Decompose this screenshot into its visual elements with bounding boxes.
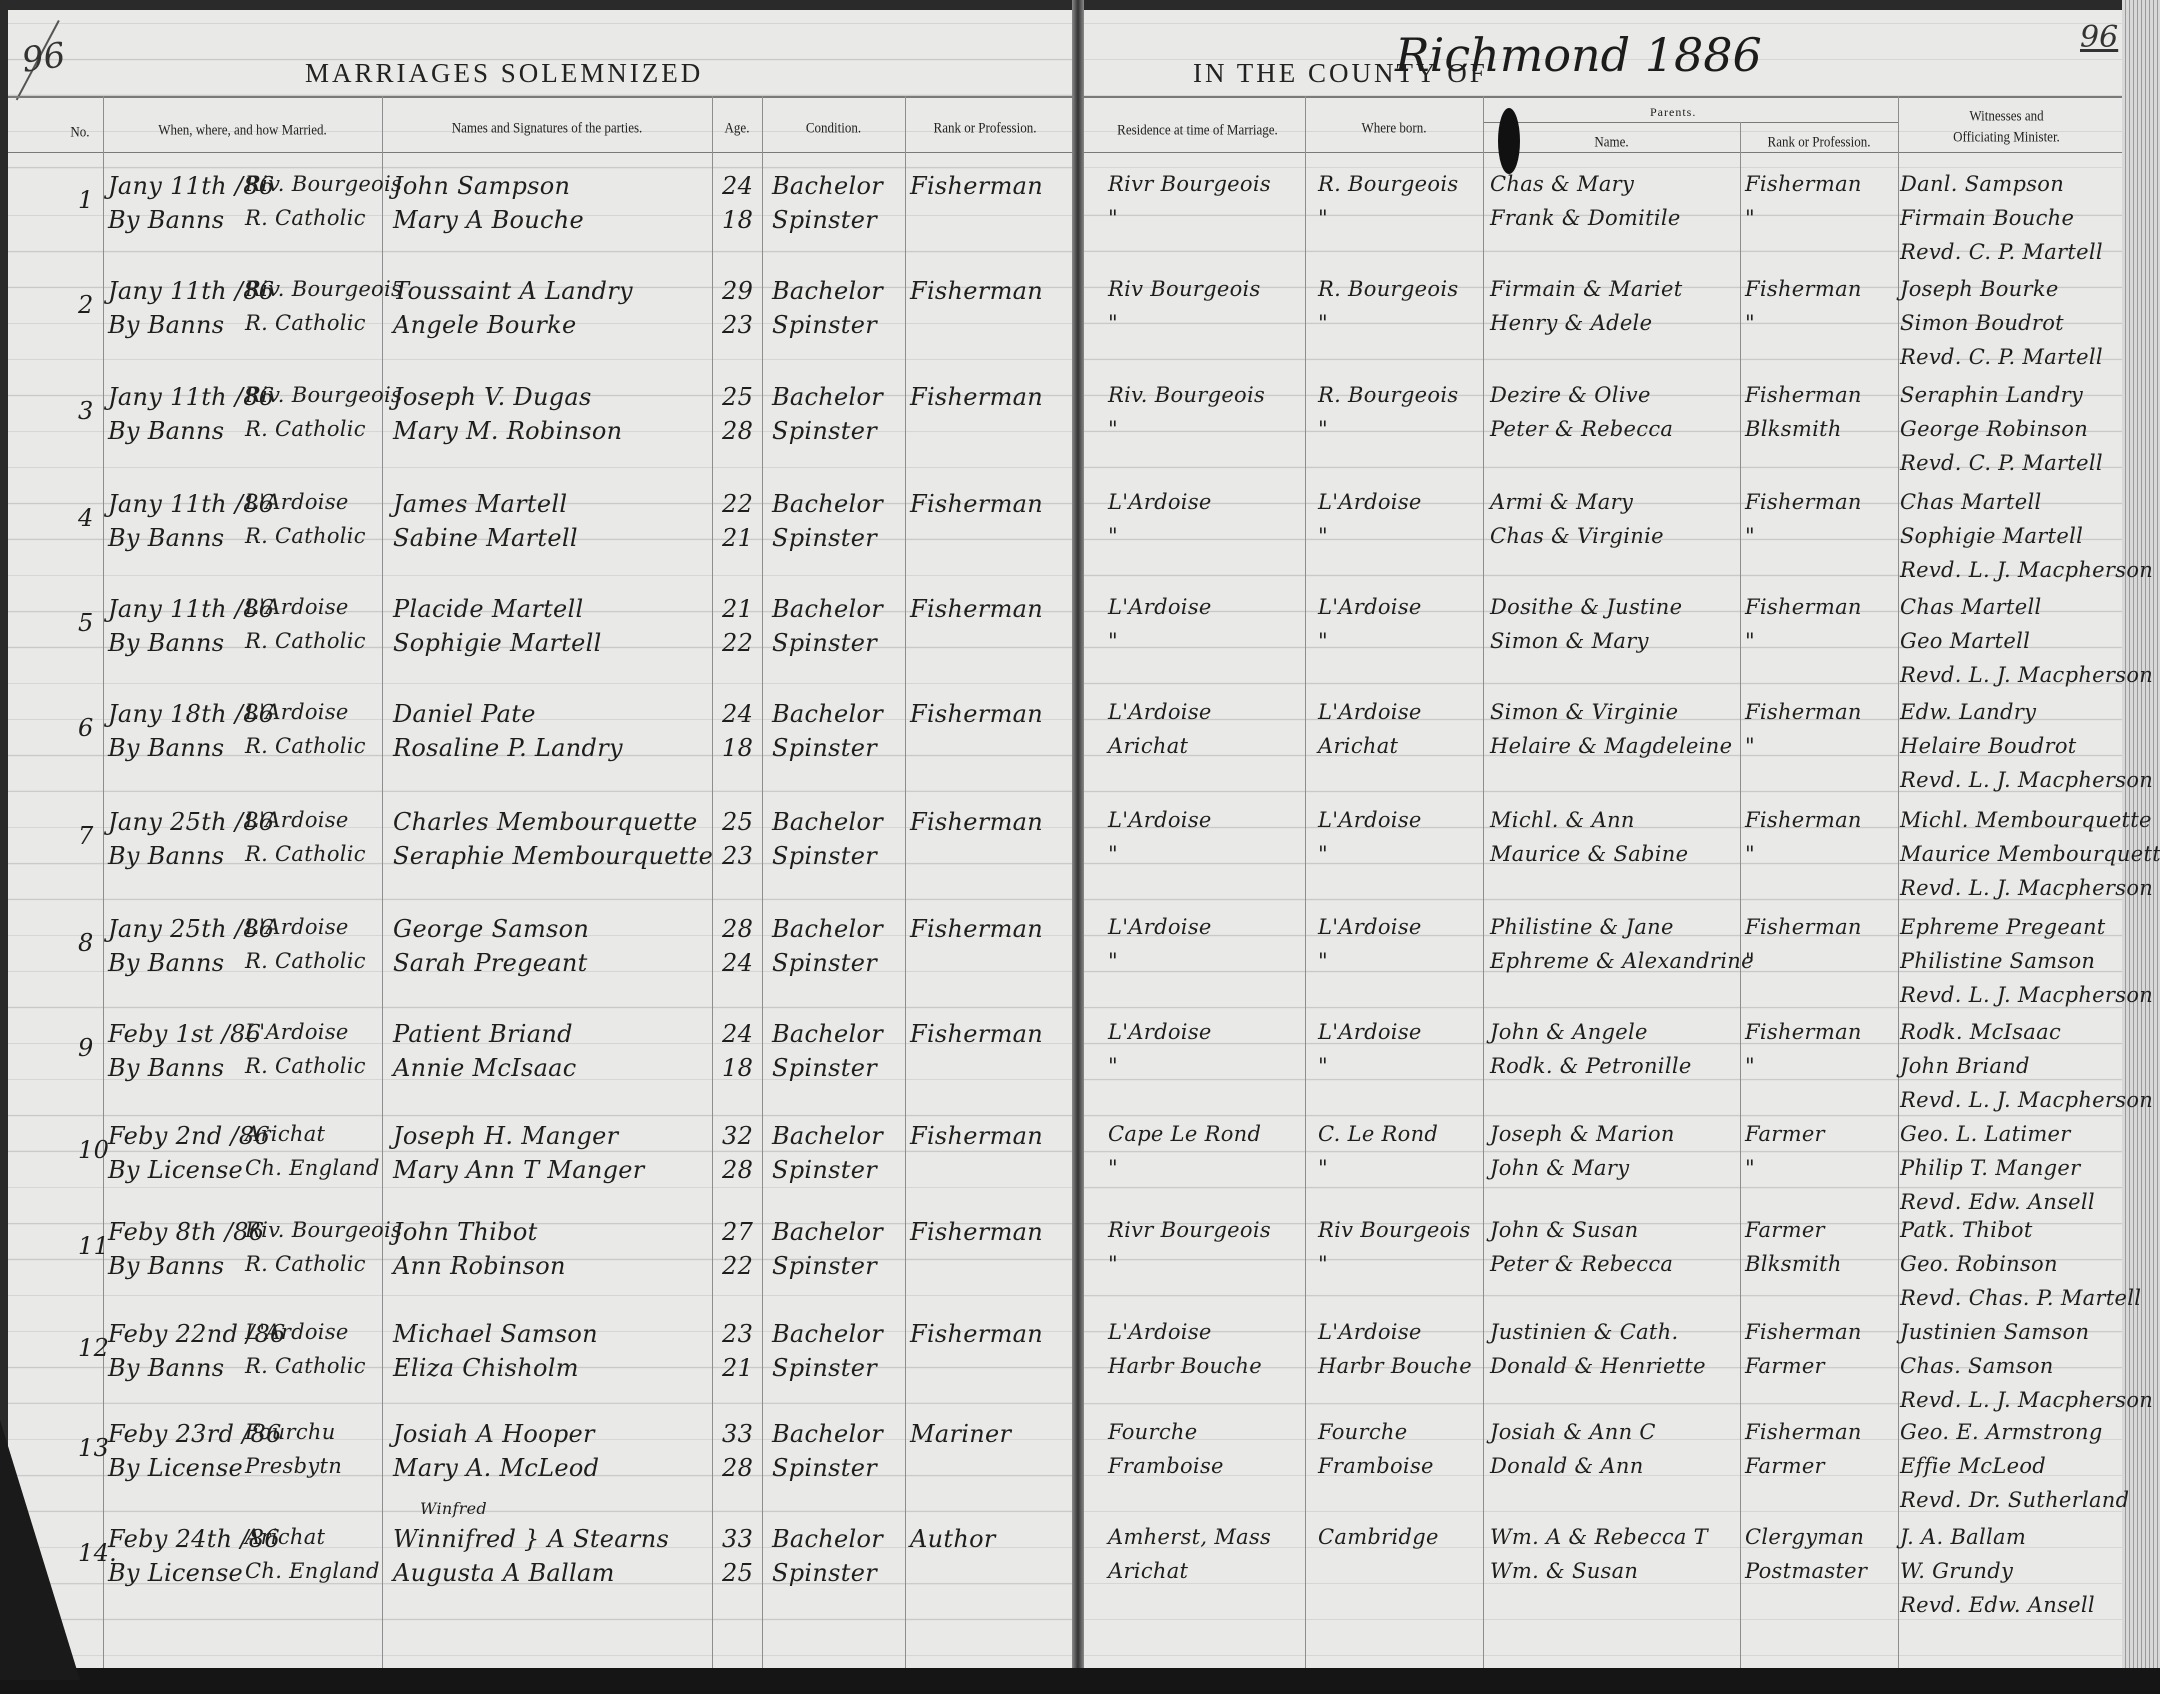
- entry-bride-condition: Spinster: [772, 206, 877, 234]
- entry-bride-parents-rank: ": [1745, 629, 1755, 653]
- entry-how: By Banns: [108, 524, 224, 552]
- entry-groom-age: 23: [722, 1320, 753, 1348]
- entry-bride-birthplace: ": [1318, 311, 1328, 335]
- entry-place: Arichat: [245, 1525, 325, 1549]
- entry-groom-parents: John & Susan: [1490, 1218, 1639, 1242]
- entry-groom-residence: Rivr Bourgeois: [1108, 1218, 1271, 1242]
- entry-groom-name: Joseph V. Dugas: [393, 383, 592, 411]
- entry-bride-age: 28: [722, 1454, 753, 1482]
- entry-groom-birthplace: Riv Bourgeois: [1318, 1218, 1471, 1242]
- entry-groom-condition: Bachelor: [772, 915, 883, 943]
- entry-bride-name: Ann Robinson: [393, 1252, 566, 1280]
- entry-denomination: Presbytn: [245, 1454, 342, 1478]
- entry-groom-parents-rank: Fisherman: [1745, 383, 1862, 407]
- entry-witness-1: Geo. L. Latimer: [1900, 1122, 2071, 1146]
- entry-bride-name: Annie McIsaac: [393, 1054, 577, 1082]
- entry-denomination: R. Catholic: [245, 311, 366, 335]
- entry-groom-age: 29: [722, 277, 753, 305]
- entry-bride-birthplace: ": [1318, 629, 1328, 653]
- entry-bride-residence: ": [1108, 1156, 1118, 1180]
- entry-groom-birthplace: L'Ardoise: [1318, 1320, 1422, 1344]
- entry-denomination: R. Catholic: [245, 206, 366, 230]
- column-rule: [1740, 122, 1741, 1668]
- entry-witness-2: Simon Boudrot: [1900, 311, 2064, 335]
- entry-bride-parents: John & Mary: [1490, 1156, 1629, 1180]
- entry-minister: Revd. L. J. Macpherson: [1900, 1088, 2153, 1112]
- entry-witness-2: W. Grundy: [1900, 1559, 2013, 1583]
- entry-minister: Revd. L. J. Macpherson: [1900, 558, 2153, 582]
- entry-groom-parents-rank: Fisherman: [1745, 915, 1862, 939]
- entry-bride-birthplace: ": [1318, 842, 1328, 866]
- entry-groom-parents: John & Angele: [1490, 1020, 1648, 1044]
- entry-groom-condition: Bachelor: [772, 1525, 883, 1553]
- entry-profession: Fisherman: [910, 700, 1043, 728]
- entry-place: Riv. Bourgeois: [245, 1218, 402, 1242]
- entry-witness-2: Helaire Boudrot: [1900, 734, 2077, 758]
- header-bottom-rule: [8, 152, 1074, 153]
- entry-groom-parents-rank: Farmer: [1745, 1218, 1825, 1242]
- entry-bride-condition: Spinster: [772, 1454, 877, 1482]
- entry-number: 10: [78, 1136, 109, 1164]
- entry-bride-name: Sabine Martell: [393, 524, 578, 552]
- entry-bride-condition: Spinster: [772, 949, 877, 977]
- entry-witness-2: Firmain Bouche: [1900, 206, 2074, 230]
- entry-minister: Revd. Dr. Sutherland: [1900, 1488, 2129, 1512]
- entry-groom-parents-rank: Clergyman: [1745, 1525, 1864, 1549]
- entry-groom-parents: Philistine & Jane: [1490, 915, 1674, 939]
- entry-groom-condition: Bachelor: [772, 1020, 883, 1048]
- entry-denomination: R. Catholic: [245, 1252, 366, 1276]
- entry-bride-name: Eliza Chisholm: [393, 1354, 579, 1382]
- column-rule: [382, 96, 383, 1668]
- column-rule: [762, 96, 763, 1668]
- entry-bride-name: Mary A Bouche: [393, 206, 584, 234]
- entry-profession: Fisherman: [910, 1020, 1043, 1048]
- entry-number: 13: [78, 1434, 109, 1462]
- entry-groom-age: 25: [722, 808, 753, 836]
- entry-bride-parents: Donald & Henriette: [1490, 1354, 1706, 1378]
- entry-number: 5: [78, 609, 94, 637]
- entry-groom-birthplace: R. Bourgeois: [1318, 172, 1458, 196]
- entry-bride-residence: Arichat: [1108, 734, 1188, 758]
- col-header-minister: Officiating Minister.: [1898, 128, 2115, 146]
- left-page-title: MARRIAGES SOLEMNIZED: [305, 58, 703, 89]
- entry-groom-parents-rank: Fisherman: [1745, 277, 1862, 301]
- column-rule: [103, 96, 104, 1668]
- entry-witness-1: Justinien Samson: [1900, 1320, 2089, 1344]
- entry-how: By Banns: [108, 629, 224, 657]
- col-header-no: No.: [60, 123, 100, 141]
- entry-bride-condition: Spinster: [772, 1054, 877, 1082]
- entry-groom-age: 22: [722, 490, 753, 518]
- entry-bride-age: 22: [722, 1252, 753, 1280]
- entry-denomination: Ch. England: [245, 1156, 380, 1180]
- entry-groom-condition: Bachelor: [772, 1320, 883, 1348]
- entry-bride-name: Rosaline P. Landry: [393, 734, 623, 762]
- entry-bride-age: 22: [722, 629, 753, 657]
- entry-denomination: R. Catholic: [245, 842, 366, 866]
- entry-profession: Fisherman: [910, 1218, 1043, 1246]
- entry-bride-parents-rank: ": [1745, 1156, 1755, 1180]
- entry-bride-parents-rank: Farmer: [1745, 1454, 1825, 1478]
- entry-date: Feby 1st /86: [108, 1020, 261, 1048]
- entry-groom-name: Patient Briand: [393, 1020, 573, 1048]
- entry-bride-parents: Wm. & Susan: [1490, 1559, 1638, 1583]
- entry-profession: Author: [910, 1525, 996, 1553]
- entry-bride-birthplace: Framboise: [1318, 1454, 1434, 1478]
- entry-groom-condition: Bachelor: [772, 1420, 883, 1448]
- entry-groom-name: Josiah A Hooper: [393, 1420, 595, 1448]
- col-header-parents: Parents.: [1650, 105, 1696, 120]
- entry-bride-birthplace: ": [1318, 1054, 1328, 1078]
- entry-witness-1: Rodk. McIsaac: [1900, 1020, 2061, 1044]
- entry-profession: Fisherman: [910, 808, 1043, 836]
- entry-groom-condition: Bachelor: [772, 172, 883, 200]
- curled-corner-shadow: [0, 1420, 80, 1680]
- entry-witness-1: Geo. E. Armstrong: [1900, 1420, 2103, 1444]
- entry-profession: Fisherman: [910, 277, 1043, 305]
- entry-groom-parents: Simon & Virginie: [1490, 700, 1678, 724]
- entry-minister: Revd. C. P. Martell: [1900, 451, 2103, 475]
- entry-place: Arichat: [245, 1122, 325, 1146]
- entry-place: Fourchu: [245, 1420, 336, 1444]
- col-header-parents-rank: Rank or Profession.: [1740, 133, 1898, 151]
- entry-place: Riv. Bourgeois: [245, 383, 402, 407]
- entry-bride-parents: Frank & Domitile: [1490, 206, 1681, 230]
- entry-bride-parents-rank: Postmaster: [1745, 1559, 1867, 1583]
- entry-groom-name: Charles Membourquette: [393, 808, 698, 836]
- entry-denomination: R. Catholic: [245, 524, 366, 548]
- entry-groom-residence: L'Ardoise: [1108, 1020, 1212, 1044]
- entry-groom-birthplace: R. Bourgeois: [1318, 277, 1458, 301]
- col-header-names: Names and Signatures of the parties.: [382, 119, 712, 137]
- entry-groom-age: 25: [722, 383, 753, 411]
- entry-groom-name: Placide Martell: [393, 595, 584, 623]
- entry-groom-name: George Samson: [393, 915, 589, 943]
- entry-bride-parents-rank: ": [1745, 949, 1755, 973]
- entry-bride-parents-rank: ": [1745, 842, 1755, 866]
- entry-number: 2: [78, 291, 94, 319]
- entry-groom-residence: L'Ardoise: [1108, 700, 1212, 724]
- entry-bride-parents-rank: Farmer: [1745, 1354, 1825, 1378]
- entry-groom-parents: Chas & Mary: [1490, 172, 1634, 196]
- entry-witness-1: Chas Martell: [1900, 490, 2042, 514]
- entry-how: By License: [108, 1559, 243, 1587]
- entry-minister: Revd. L. J. Macpherson: [1900, 876, 2153, 900]
- entry-bride-residence: ": [1108, 842, 1118, 866]
- entry-witness-2: Geo Martell: [1900, 629, 2030, 653]
- entry-groom-residence: L'Ardoise: [1108, 595, 1212, 619]
- entry-groom-parents-rank: Fisherman: [1745, 1020, 1862, 1044]
- entry-witness-1: Seraphin Landry: [1900, 383, 2083, 407]
- entry-bride-condition: Spinster: [772, 417, 877, 445]
- column-rule: [712, 96, 713, 1668]
- entry-bride-age: 23: [722, 311, 753, 339]
- entry-witness-1: Chas Martell: [1900, 595, 2042, 619]
- entry-groom-parents-rank: Farmer: [1745, 1122, 1825, 1146]
- entry-bride-parents-rank: Blksmith: [1745, 417, 1842, 441]
- entry-groom-parents: Armi & Mary: [1490, 490, 1633, 514]
- entry-groom-age: 24: [722, 700, 753, 728]
- entry-groom-condition: Bachelor: [772, 595, 883, 623]
- entry-groom-parents: Wm. A & Rebecca T: [1490, 1525, 1708, 1549]
- entry-how: By Banns: [108, 311, 224, 339]
- entry-witness-2: Maurice Membourquette: [1900, 842, 2160, 866]
- entry-bride-condition: Spinster: [772, 629, 877, 657]
- header-top-rule: [8, 96, 1074, 98]
- entry-how: By Banns: [108, 1054, 224, 1082]
- entry-bride-parents: Peter & Rebecca: [1490, 1252, 1673, 1276]
- entry-groom-parents-rank: Fisherman: [1745, 490, 1862, 514]
- entry-profession: Fisherman: [910, 915, 1043, 943]
- entry-bride-parents-rank: ": [1745, 1054, 1755, 1078]
- entry-groom-parents: Michl. & Ann: [1490, 808, 1635, 832]
- entry-number: 6: [78, 714, 94, 742]
- entry-groom-name: John Sampson: [393, 172, 570, 200]
- entry-groom-name: Joseph H. Manger: [393, 1122, 618, 1150]
- entry-bride-age: 24: [722, 949, 753, 977]
- entry-bride-birthplace: ": [1318, 206, 1328, 230]
- entry-groom-residence: Fourche: [1108, 1420, 1197, 1444]
- entry-bride-residence: Harbr Bouche: [1108, 1354, 1262, 1378]
- entry-bride-condition: Spinster: [772, 524, 877, 552]
- entry-bride-condition: Spinster: [772, 1354, 877, 1382]
- entry-bride-birthplace: ": [1318, 1156, 1328, 1180]
- entry-groom-name: Winnifred } A Stearns: [393, 1525, 669, 1553]
- entry-bride-name: Mary Ann T Manger: [393, 1156, 645, 1184]
- entry-bride-parents-rank: ": [1745, 524, 1755, 548]
- entry-groom-age: 27: [722, 1218, 753, 1246]
- entry-profession: Mariner: [910, 1420, 1011, 1448]
- entry-groom-condition: Bachelor: [772, 1218, 883, 1246]
- entry-bride-residence: ": [1108, 311, 1118, 335]
- entry-minister: Revd. L. J. Macpherson: [1900, 663, 2153, 687]
- entry-bride-residence: Arichat: [1108, 1559, 1188, 1583]
- entry-bride-parents: Henry & Adele: [1490, 311, 1652, 335]
- col-header-age: Age.: [712, 119, 762, 137]
- entry-groom-age: 24: [722, 1020, 753, 1048]
- entry-bride-parents: Chas & Virginie: [1490, 524, 1664, 548]
- entry-groom-name: John Thibot: [393, 1218, 538, 1246]
- entry-groom-parents: Justinien & Cath.: [1490, 1320, 1678, 1344]
- entry-groom-parents-rank: Fisherman: [1745, 1320, 1862, 1344]
- entry-witness-1: Michl. Membourquette: [1900, 808, 2152, 832]
- entry-how: By Banns: [108, 734, 224, 762]
- entry-groom-condition: Bachelor: [772, 383, 883, 411]
- parents-subheader-rule: [1483, 122, 1898, 123]
- entry-bride-condition: Spinster: [772, 1559, 877, 1587]
- entry-groom-parents: Josiah & Ann C: [1490, 1420, 1656, 1444]
- entry-groom-birthplace: L'Ardoise: [1318, 915, 1422, 939]
- entry-groom-residence: L'Ardoise: [1108, 1320, 1212, 1344]
- entry-how: By Banns: [108, 417, 224, 445]
- entry-groom-birthplace: R. Bourgeois: [1318, 383, 1458, 407]
- entry-bride-parents: Maurice & Sabine: [1490, 842, 1688, 866]
- entry-witness-2: Chas. Samson: [1900, 1354, 2054, 1378]
- entry-bride-parents-rank: Blksmith: [1745, 1252, 1842, 1276]
- col-header-condition: Condition.: [762, 119, 905, 137]
- entry-date: Feby 8th /86: [108, 1218, 264, 1246]
- entry-place: L'Ardoise: [245, 808, 349, 832]
- entry-bride-age: 21: [722, 524, 753, 552]
- entry-witness-2: Philistine Samson: [1900, 949, 2095, 973]
- entry-minister: Revd. Chas. P. Martell: [1900, 1286, 2141, 1310]
- entry-witness-1: Danl. Sampson: [1900, 172, 2064, 196]
- entry-bride-birthplace: ": [1318, 1252, 1328, 1276]
- entry-number: 7: [78, 822, 94, 850]
- col-header-when-where: When, where, and how Married.: [103, 121, 382, 139]
- entry-denomination: Ch. England: [245, 1559, 380, 1583]
- entry-witness-1: Joseph Bourke: [1900, 277, 2059, 301]
- entry-denomination: R. Catholic: [245, 629, 366, 653]
- entry-bride-condition: Spinster: [772, 734, 877, 762]
- entry-bride-condition: Spinster: [772, 311, 877, 339]
- col-header-residence: Residence at time of Marriage.: [1090, 121, 1305, 139]
- entry-groom-birthplace: Fourche: [1318, 1420, 1407, 1444]
- entry-groom-residence: L'Ardoise: [1108, 808, 1212, 832]
- entry-number: 8: [78, 929, 94, 957]
- entry-bride-condition: Spinster: [772, 1252, 877, 1280]
- entry-bride-parents: Helaire & Magdeleine: [1490, 734, 1732, 758]
- entry-place: Riv. Bourgeois: [245, 172, 402, 196]
- entry-witness-2: Geo. Robinson: [1900, 1252, 2058, 1276]
- entry-bride-residence: ": [1108, 1054, 1118, 1078]
- entry-groom-name: James Martell: [393, 490, 567, 518]
- header-bottom-rule-right: [1082, 152, 2122, 153]
- entry-bride-birthplace: ": [1318, 949, 1328, 973]
- entry-minister: Revd. C. P. Martell: [1900, 240, 2103, 264]
- column-rule: [1305, 96, 1306, 1668]
- entry-bride-birthplace: ": [1318, 417, 1328, 441]
- entry-groom-insert: Winfred: [420, 1499, 487, 1518]
- column-rule: [1898, 96, 1899, 1668]
- entry-bride-parents-rank: ": [1745, 734, 1755, 758]
- entry-bride-parents: Ephreme & Alexandrine: [1490, 949, 1754, 973]
- entry-bride-parents: Rodk. & Petronille: [1490, 1054, 1692, 1078]
- entry-bride-name: Sarah Pregeant: [393, 949, 588, 977]
- entry-witness-2: Sophigie Martell: [1900, 524, 2083, 548]
- entry-groom-name: Michael Samson: [393, 1320, 598, 1348]
- entry-denomination: R. Catholic: [245, 949, 366, 973]
- entry-groom-residence: Amherst, Mass: [1108, 1525, 1271, 1549]
- entry-bride-parents: Simon & Mary: [1490, 629, 1649, 653]
- col-header-witnesses: Witnesses and: [1898, 107, 2115, 125]
- entry-bride-condition: Spinster: [772, 1156, 877, 1184]
- entry-groom-age: 32: [722, 1122, 753, 1150]
- entry-groom-name: Toussaint A Landry: [393, 277, 633, 305]
- entry-bride-name: Augusta A Ballam: [393, 1559, 615, 1587]
- entry-groom-condition: Bachelor: [772, 1122, 883, 1150]
- entry-bride-name: Angele Bourke: [393, 311, 577, 339]
- entry-bride-birthplace: Arichat: [1318, 734, 1398, 758]
- entry-groom-residence: L'Ardoise: [1108, 490, 1212, 514]
- entry-bride-age: 28: [722, 417, 753, 445]
- entry-number: 12: [78, 1334, 109, 1362]
- entry-bride-age: 25: [722, 1559, 753, 1587]
- entry-profession: Fisherman: [910, 172, 1043, 200]
- entry-how: By License: [108, 1454, 243, 1482]
- column-rule: [1483, 96, 1484, 1668]
- entry-denomination: R. Catholic: [245, 1354, 366, 1378]
- entry-groom-residence: Cape Le Rond: [1108, 1122, 1261, 1146]
- entry-bride-residence: ": [1108, 949, 1118, 973]
- entry-groom-age: 24: [722, 172, 753, 200]
- entry-bride-age: 18: [722, 734, 753, 762]
- header-top-rule-right: [1082, 96, 2122, 98]
- entry-place: L'Ardoise: [245, 595, 349, 619]
- entry-profession: Fisherman: [910, 595, 1043, 623]
- entry-groom-birthplace: C. Le Rond: [1318, 1122, 1438, 1146]
- entry-groom-age: 28: [722, 915, 753, 943]
- entry-bride-parents-rank: ": [1745, 206, 1755, 230]
- entry-witness-1: J. A. Ballam: [1900, 1525, 2026, 1549]
- entry-groom-condition: Bachelor: [772, 490, 883, 518]
- entry-groom-parents: Dezire & Olive: [1490, 383, 1651, 407]
- entry-bride-residence: ": [1108, 1252, 1118, 1276]
- entry-bride-residence: Framboise: [1108, 1454, 1224, 1478]
- right-page-number: 96: [2080, 20, 2118, 55]
- entry-bride-condition: Spinster: [772, 842, 877, 870]
- entry-minister: Revd. L. J. Macpherson: [1900, 1388, 2153, 1412]
- entry-profession: Fisherman: [910, 490, 1043, 518]
- entry-how: By Banns: [108, 206, 224, 234]
- entry-place: L'Ardoise: [245, 700, 349, 724]
- entry-groom-age: 33: [722, 1420, 753, 1448]
- entry-groom-condition: Bachelor: [772, 700, 883, 728]
- scan-border: [0, 1668, 2160, 1694]
- entry-number: 4: [78, 504, 94, 532]
- entry-groom-residence: Riv. Bourgeois: [1108, 383, 1265, 407]
- entry-groom-residence: Rivr Bourgeois: [1108, 172, 1271, 196]
- entry-profession: Fisherman: [910, 1320, 1043, 1348]
- column-rule: [905, 96, 906, 1668]
- entry-groom-age: 33: [722, 1525, 753, 1553]
- entry-bride-age: 28: [722, 1156, 753, 1184]
- entry-groom-birthplace: L'Ardoise: [1318, 700, 1422, 724]
- entry-minister: Revd. Edw. Ansell: [1900, 1593, 2095, 1617]
- entry-bride-parents: Donald & Ann: [1490, 1454, 1644, 1478]
- entry-witness-2: John Briand: [1900, 1054, 2030, 1078]
- col-header-where-born: Where born.: [1305, 119, 1483, 137]
- entry-bride-age: 23: [722, 842, 753, 870]
- county-handwritten: Richmond 1886: [1395, 28, 1762, 82]
- entry-minister: Revd. L. J. Macpherson: [1900, 768, 2153, 792]
- entry-groom-parents: Firmain & Mariet: [1490, 277, 1683, 301]
- entry-bride-parents-rank: ": [1745, 311, 1755, 335]
- entry-place: Riv. Bourgeois: [245, 277, 402, 301]
- entry-profession: Fisherman: [910, 1122, 1043, 1150]
- entry-groom-age: 21: [722, 595, 753, 623]
- entry-groom-birthplace: L'Ardoise: [1318, 490, 1422, 514]
- entry-place: L'Ardoise: [245, 1320, 349, 1344]
- entry-denomination: R. Catholic: [245, 417, 366, 441]
- entry-number: 1: [78, 186, 94, 214]
- col-header-rank: Rank or Profession.: [905, 119, 1065, 137]
- entry-groom-birthplace: Cambridge: [1318, 1525, 1439, 1549]
- entry-bride-name: Mary M. Robinson: [393, 417, 622, 445]
- entry-groom-birthplace: L'Ardoise: [1318, 1020, 1422, 1044]
- entry-witness-1: Patk. Thibot: [1900, 1218, 2033, 1242]
- entry-witness-2: Philip T. Manger: [1900, 1156, 2080, 1180]
- entry-witness-1: Edw. Landry: [1900, 700, 2036, 724]
- entry-bride-name: Mary A. McLeod: [393, 1454, 599, 1482]
- entry-minister: Revd. Edw. Ansell: [1900, 1190, 2095, 1214]
- entry-how: By Banns: [108, 1252, 224, 1280]
- entry-bride-residence: ": [1108, 417, 1118, 441]
- entry-bride-parents: Peter & Rebecca: [1490, 417, 1673, 441]
- book-gutter: [1072, 0, 1084, 1694]
- entry-number: 3: [78, 397, 94, 425]
